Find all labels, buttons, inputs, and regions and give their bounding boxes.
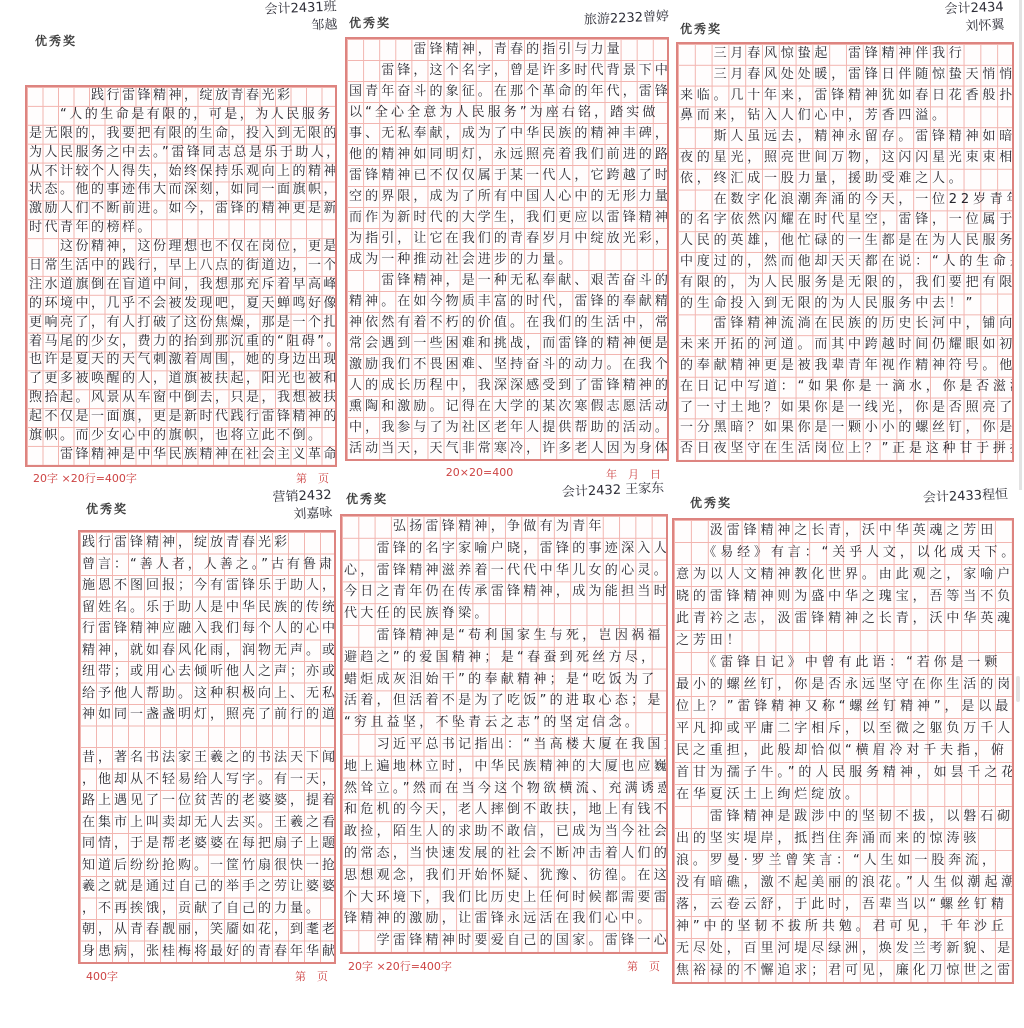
footer-spec: 20字 ×20行=400字 xyxy=(33,470,137,486)
handwritten-line: 斯人虽远去，精神永留存。雷锋精神如暗 xyxy=(678,127,1012,148)
handwritten-line: 落，云卷云舒，于此时，吾辈当以“螺丝钉精 xyxy=(674,894,1012,916)
handwritten-line: ，不再挨饿，贡献了自己的力量。 xyxy=(80,898,334,920)
handwritten-line: 此青衿之志，汲雷锋精神之长青，沃中华英魂 xyxy=(674,608,1012,630)
scan-edge-artifact xyxy=(1016,676,1020,702)
handwritten-line: 人的成长历程中，我深深感受到了雷锋精神的 xyxy=(347,375,667,396)
handwritten-line: 更响亮了，有人打破了这份焦燥，那是一个扎 xyxy=(27,314,335,333)
handwritten-line: 蜡炬成灰泪始干”的奉献精神；是“吃饭为了 xyxy=(342,669,666,691)
handwritten-line: “穷且益坚，不坠青云之志”的坚定信念。 xyxy=(342,712,666,734)
handwritten-line: ，他却从不轻易给人写字。有一天， xyxy=(80,769,334,791)
essay-grid: 弘扬雷锋精神，争做有为青年 雷锋的名字家喻户晓，雷锋的事迹深入人心，雷锋精神滋养… xyxy=(340,514,668,954)
handwritten-line: 行雷锋精神应融入我们每个人的心中。 xyxy=(80,618,334,640)
handwritten-line: 然耸立。”然而在当今这个物欲横流、充满诱惑 xyxy=(342,778,666,800)
handwritten-line: 否日夜坚守在生活岗位上？”正是这种甘于拼搏 xyxy=(678,439,1012,460)
handwritten-line xyxy=(80,726,334,748)
handwritten-line: 习近平总书记指出：“当高楼大厦在我国大 xyxy=(342,734,666,756)
handwritten-line: 激励我们不畏困难、坚持奋斗的动力。在我个 xyxy=(347,354,667,375)
sheet-footer: 400字 第 页 xyxy=(78,968,336,984)
handwritten-line: 曾言：“善人者，人善之。”古有鲁肃谦 xyxy=(80,554,334,576)
handwritten-line: 从不计较个人得失，始终保持乐观向上的精神 xyxy=(27,163,335,182)
handwritten-line: 熏陶和激励。记得在大学的某次寒假志愿活动 xyxy=(347,396,667,417)
handwritten-line: 无尽处，百里河堤尽绿洲，焕发兰考新貌、是 xyxy=(674,938,1012,960)
handwritten-line: 纽带；或用心去倾听他人之声；亦或 xyxy=(80,661,334,683)
handwritten-line: 了一寸土地？如果你是一线光，你是否照亮了 xyxy=(678,398,1012,419)
handwritten-line: 而作为新时代的大学生，我们更应以雷锋精神 xyxy=(347,207,667,228)
handwritten-line: 也许是夏天的天气刺激着周围，她的身边出现 xyxy=(27,351,335,370)
handwritten-line: 状态。他的事迹伟大而深刻，如同一面旗帜， xyxy=(27,181,335,200)
essay-sheet-5: 优秀奖 会计2432 王家东 弘扬雷锋精神，争做有为青年 雷锋的名字家喻户晓，雷… xyxy=(340,488,668,982)
award-label: 优秀奖 xyxy=(86,500,128,517)
handwritten-line: 个大环境下，我们比历史上任何时候都需要雷 xyxy=(342,887,666,909)
handwritten-line: 施恩不图回报；今有雷锋乐于助人， xyxy=(80,575,334,597)
handwritten-line: 代大任的民族脊梁。 xyxy=(342,603,666,625)
handwritten-line: 未来开拓的河道。而其中跨越时间仍耀眼如初 xyxy=(678,335,1012,356)
award-label: 优秀奖 xyxy=(680,20,722,37)
handwritten-line: 焦裕禄的不懈追求；君可见，廉化刀惊世之雷 xyxy=(674,960,1012,982)
handwritten-line: 在集市上叫卖却无人去买。王羲之看 xyxy=(80,812,334,834)
handwritten-line: 雷锋精神是“苟利国家生与死，岂因祸福 xyxy=(342,625,666,647)
handwritten-line: 意为以人文精神教化世界。由此观之，家喻户 xyxy=(674,564,1012,586)
handwritten-line: 晓的雷锋精神则为盛中华之瑰宝，吾等当不负 xyxy=(674,586,1012,608)
handwritten-line: 朝，从青春靓丽，笑靥如花，到耄老 xyxy=(80,919,334,941)
handwritten-line: 这份精神，这份理想也不仅在岗位，更是 xyxy=(27,238,335,257)
handwritten-line: 雷锋精神，是一种无私奉献、艰苦奋斗的 xyxy=(347,270,667,291)
handwritten-line: 煦拾起。风景从车窗中倒去，只是，我想被扶 xyxy=(27,389,335,408)
handwritten-line: 今日之青年仍在传承雷锋精神，成为能担当时 xyxy=(342,581,666,603)
handwritten-line: 最小的螺丝钉，你是否永远坚守在你生活的岗 xyxy=(674,674,1012,696)
handwritten-line: 夜的星光，照亮世间万物，这闪闪星光束束相 xyxy=(678,148,1012,169)
sheet-footer: 20×20=400 年 月 日 xyxy=(345,466,669,482)
essay-sheet-1: 优秀奖 会计2431班 邹越 践行雷锋精神，绽放青春光彩 “人的生命是有限的，可… xyxy=(25,8,337,488)
handwritten-line: 成为一种推动社会进步的力量。 xyxy=(347,249,667,270)
handwritten-line: 依，终汇成一股力量，援助受难之人。 xyxy=(678,169,1012,190)
handwritten-line: 身患病，张桂梅将最好的青春年华献 xyxy=(80,941,334,963)
handwritten-line: 雷锋精神已不仅仅属于某一代人，它跨越了时 xyxy=(347,165,667,186)
handwritten-line: 昔，著名书法家王羲之的书法天下闻 xyxy=(80,747,334,769)
handwritten-line: 学雷锋精神时要爱自己的国家。雷锋一心 xyxy=(342,930,666,952)
essay-grid: 践行雷锋精神，绽放青春光彩曾言：“善人者，人善之。”古有鲁肃谦施恩不图回报；今有… xyxy=(78,530,336,964)
handwritten-line: 雷锋精神流淌在民族的历史长河中，铺向 xyxy=(678,314,1012,335)
handwritten-line: 三月春风处处暖，雷锋日伴随惊蛰天悄悄 xyxy=(678,65,1012,86)
handwritten-line: 来临。几十年来，雷锋精神犹如春日花香般扑 xyxy=(678,86,1012,107)
handwritten-line: 着马尾的少女，费力的抬到那沉重的“阻碍”。 xyxy=(27,333,335,352)
handwritten-line: 在日记中写道：“如果你是一滴水，你是否滋润 xyxy=(678,377,1012,398)
handwritten-line: 给予他人帮助。这种积极向上、无私 xyxy=(80,683,334,705)
footer-page: 第 页 xyxy=(296,470,329,486)
handwritten-line: 精神，就如春风化雨，润物无声。或 xyxy=(80,640,334,662)
handwritten-line: 为指引，让它在我们的青春岁月中绽放光彩， xyxy=(347,228,667,249)
essay-sheet-6: 优秀奖 会计2433程恒 汲雷锋精神之长青，沃中华英魂之芳田 《易经》有言：“关… xyxy=(672,488,1014,1000)
scan-edge-artifact xyxy=(1019,0,1022,490)
handwritten-line: 践行雷锋精神，绽放青春光彩 xyxy=(80,532,334,554)
handwritten-line: 在华夏沃土上绚烂绽放。 xyxy=(674,784,1012,806)
handwritten-line: 活动当天，天气非常寒冷，许多老人因为身体 xyxy=(347,438,667,459)
handwritten-line: 路上遇见了一位贫苦的老婆婆，提着 xyxy=(80,790,334,812)
handwritten-line: 民之重担，此般却恰似“横眉冷对千夫指，俯 xyxy=(674,740,1012,762)
handwritten-line: 汲雷锋精神之长青，沃中华英魂之芳田 xyxy=(674,520,1012,542)
handwritten-line: 出的坚实堤岸，抵挡住奔涌而来的惊涛骇 xyxy=(674,828,1012,850)
handwritten-line: 的奉献精神更是被我辈青年视作精神符号。他 xyxy=(678,356,1012,377)
handwritten-line: 中，我参与了为社区老年人提供帮助的活动。 xyxy=(347,417,667,438)
handwritten-line: 日常生活中的践行，早上八点的街道边，一个 xyxy=(27,257,335,276)
handwritten-line: 避趋之”的爱国精神；是“春蚕到死丝方尽， xyxy=(342,647,666,669)
handwritten-line: 之芳田！ xyxy=(674,630,1012,652)
award-label: 优秀奖 xyxy=(690,494,732,511)
footer-spec: 20字 ×20行=400字 xyxy=(348,958,452,974)
handwritten-line: 以“全心全意为人民服务”为座右铭，踏实做 xyxy=(347,102,667,123)
handwritten-line: 位上？”雷锋精神又称“螺丝钉精神”，是以最 xyxy=(674,696,1012,718)
handwritten-line: 激励人们不断前进。如今，雷锋的精神更是新 xyxy=(27,200,335,219)
author-signature: 会计2432 王家东 xyxy=(561,480,664,503)
handwritten-line: 浪。罗曼·罗兰曾笑言：“人生如一股奔流， xyxy=(674,850,1012,872)
handwritten-line: 了更多被唤醒的人，道旗被扶起，阳光也被和 xyxy=(27,370,335,389)
handwritten-line: 雷锋精神，青春的指引与力量 xyxy=(347,39,667,60)
handwritten-line: 锋精神的激励，让雷锋永远活在我们心中。 xyxy=(342,908,666,930)
handwritten-line: 他的精神如同明灯，永远照亮着我们前进的路。 xyxy=(347,144,667,165)
handwritten-line: 注水道旗倒在盲道中间，我想那充斥着早高峰 xyxy=(27,276,335,295)
handwritten-line: 和危机的今天，老人摔倒不敢扶，地上有钱不 xyxy=(342,799,666,821)
handwritten-line: 一分黑暗？如果你是一颗小小的螺丝钉，你是 xyxy=(678,418,1012,439)
handwritten-line: 神依然有着不朽的价值。在我们的生活中，常 xyxy=(347,312,667,333)
handwritten-line: 《雷锋日记》中曾有此语：“若你是一颗 xyxy=(674,652,1012,674)
essay-grid: 汲雷锋精神之长青，沃中华英魂之芳田 《易经》有言：“关乎人文，以化成天下。”意为… xyxy=(672,518,1014,984)
handwritten-line: 事、无私奉献，成为了中华民族的精神丰碑， xyxy=(347,123,667,144)
scanned-essays-canvas: { "pages": [ { "award": "优秀奖", "author":… xyxy=(0,0,1024,1028)
handwritten-line: 的常态，当快速发展的社会不断冲击着人们的 xyxy=(342,843,666,865)
handwritten-line: 的生命投入到无限的为人民服务中去！” xyxy=(678,294,1012,315)
essay-sheet-3: 优秀奖 会计2434 刘怀翼 三月春风惊蛰起 雷锋精神伴我行 三月春风处处暖，雷… xyxy=(676,2,1014,472)
author-signature: 营销2432 刘嘉咏 xyxy=(272,487,333,526)
handwritten-line: 没有暗礁，激不起美丽的浪花。”人生似潮起潮 xyxy=(674,872,1012,894)
essay-grid: 雷锋精神，青春的指引与力量 雷锋，这个名字，曾是许多时代背景下中国青年奋斗的象征… xyxy=(345,37,669,461)
handwritten-line: 弘扬雷锋精神，争做有为青年 xyxy=(342,516,666,538)
handwritten-line: 活着，但活着不是为了吃饭”的进取心态；是 xyxy=(342,690,666,712)
handwritten-line: 国青年奋斗的象征。在那个革命的年代，雷锋 xyxy=(347,81,667,102)
essay-grid: 践行雷锋精神，绽放青春光彩 “人的生命是有限的，可是，为人民服务是无限的，我要把… xyxy=(25,85,337,467)
handwritten-line: 旗帜。而少女心中的旗帜，也将立此不倒。 xyxy=(27,427,335,446)
handwritten-line: 为人民服务之中去。”雷锋同志总是乐于助人， xyxy=(27,144,335,163)
handwritten-line: 常会遇到一些困难和挑战，而雷锋的精神便是 xyxy=(347,333,667,354)
footer-page: 第 页 xyxy=(627,958,660,974)
handwritten-line: 三月春风惊蛰起 雷锋精神伴我行 xyxy=(678,44,1012,65)
handwritten-line: 精神。在如今物质丰富的时代，雷锋的奉献精 xyxy=(347,291,667,312)
author-signature: 会计2431班 邹越 xyxy=(264,0,338,38)
award-label: 优秀奖 xyxy=(346,490,388,507)
handwritten-line: 的环境中，几乎不会被发现吧，夏天蝉鸣好像 xyxy=(27,295,335,314)
sheet-footer: 20字 ×20行=400字 第 页 xyxy=(340,958,668,974)
handwritten-line: 人民的英雄，他忙碌的一生都是在为人民服务 xyxy=(678,231,1012,252)
handwritten-line: 敢捡，陌生人的求助不敢信，已成为当今社会 xyxy=(342,821,666,843)
handwritten-line: 空的界限，成为了所有中国人心中的无形力量。 xyxy=(347,186,667,207)
essay-sheet-4: 优秀奖 营销2432 刘嘉咏 践行雷锋精神，绽放青春光彩曾言：“善人者，人善之。… xyxy=(78,492,336,988)
award-label: 优秀奖 xyxy=(349,14,391,31)
handwritten-line: 《易经》有言：“关乎人文，以化成天下。” xyxy=(674,542,1012,564)
handwritten-line: 有限的，为人民服务是无限的，我们要把有限 xyxy=(678,273,1012,294)
handwritten-line: 在数字化浪潮奔涌的今天，一位22岁青年 xyxy=(678,190,1012,211)
author-signature: 会计2434 刘怀翼 xyxy=(944,0,1005,38)
handwritten-line: 雷锋精神是跋涉中的坚韧不拔，以磐石砌 xyxy=(674,806,1012,828)
handwritten-line: 心，雷锋精神滋养着一代代中华儿女的心灵。 xyxy=(342,560,666,582)
handwritten-line: 首甘为孺子牛。”的人民服务精神，如昙千之花 xyxy=(674,762,1012,784)
handwritten-line: 神”中的坚韧不拔所共勉。君可见，千年沙丘 xyxy=(674,916,1012,938)
handwritten-line: 是无限的，我要把有限的生命，投入到无限的 xyxy=(27,125,335,144)
essay-grid: 三月春风惊蛰起 雷锋精神伴我行 三月春风处处暖，雷锋日伴随惊蛰天悄悄来临。几十年… xyxy=(676,42,1014,462)
author-signature: 会计2433程恒 xyxy=(923,486,1009,508)
sheet-footer: 20字 ×20行=400字 第 页 xyxy=(25,470,337,486)
handwritten-line: 中度过的，然而他却天天都在说：“人的生命是 xyxy=(678,252,1012,273)
handwritten-line: 雷锋，这个名字，曾是许多时代背景下中 xyxy=(347,60,667,81)
handwritten-line: 知道后纷纷抢购。一筐竹扇很快一抢 xyxy=(80,855,334,877)
handwritten-line: 神如同一盏盏明灯，照亮了前行的道 xyxy=(80,704,334,726)
handwritten-line: “人的生命是有限的，可是，为人民服务 xyxy=(27,106,335,125)
footer-page: 第 页 xyxy=(295,968,328,984)
handwritten-line: 时代青年的榜样。 xyxy=(27,219,335,238)
handwritten-line: 的名字依然闪耀在时代星空，雷锋，一位属于 xyxy=(678,210,1012,231)
handwritten-line: 思想观念，我们开始怀疑、犹豫、彷徨。在这 xyxy=(342,865,666,887)
footer-center: 20×20=400 xyxy=(446,466,513,482)
handwritten-line: 平凡抑或平庸二字相斥，以至微之躯负万千人 xyxy=(674,718,1012,740)
handwritten-line: 雷锋的名字家喻户晓，雷锋的事迹深入人 xyxy=(342,538,666,560)
footer-spec: 400字 xyxy=(86,968,118,984)
handwritten-line: 鼻而来，钻入人们心中，芳香四溢。 xyxy=(678,106,1012,127)
handwritten-line: 羲之就是通过自己的举手之劳让婆婆 xyxy=(80,876,334,898)
handwritten-line: 地上遍地林立时，中华民族精神的大厦也应巍 xyxy=(342,756,666,778)
award-label: 优秀奖 xyxy=(35,32,77,49)
handwritten-line: 雷锋精神是中华民族精神在社会主义革命 xyxy=(27,446,335,465)
handwritten-line: 留姓名。乐于助人是中华民族的传统 xyxy=(80,597,334,619)
handwritten-line: 起不仅是一面旗，更是新时代践行雷锋精神的 xyxy=(27,408,335,427)
author-signature: 旅游2232曾婷 xyxy=(584,8,670,30)
handwritten-line: 践行雷锋精神，绽放青春光彩 xyxy=(27,87,335,106)
handwritten-line: 同情，于是帮老婆婆在每把扇子上题 xyxy=(80,833,334,855)
essay-sheet-2: 优秀奖 旅游2232曾婷 雷锋精神，青春的指引与力量 雷锋，这个名字，曾是许多时… xyxy=(345,10,669,490)
